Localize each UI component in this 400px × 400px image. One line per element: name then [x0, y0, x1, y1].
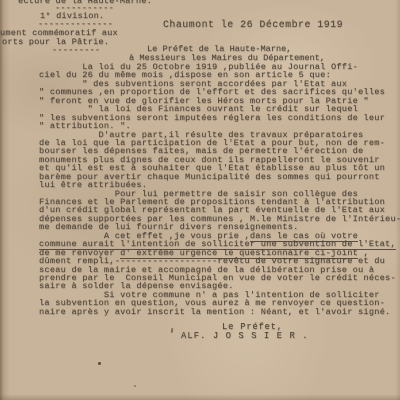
body-line: naire après y avoir inscrit la mention :… [39, 308, 400, 316]
ink-speck [134, 385, 136, 387]
dateline: Chaumont le 26 Décembre 1919 [163, 19, 343, 30]
stray-mark [171, 328, 173, 333]
text-segment: naire après y avoir inscrit la mention :… [39, 307, 390, 317]
separator-dashes: --------- [52, 45, 100, 55]
letter-body: La loi du 25 Octobre 1919 ,publiée au Jo… [39, 63, 400, 316]
signature-name: ALF. J O S S I E R . [181, 331, 309, 341]
ink-speck [98, 362, 101, 365]
letter-page: ecture de la Haute-Marne. ----------- 1°… [0, 0, 400, 400]
